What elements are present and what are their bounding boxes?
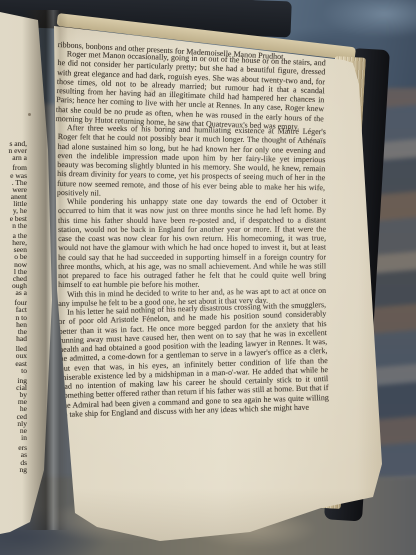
left-page-line: in: [0, 434, 27, 441]
paragraph: After three weeks of his boring and humi…: [57, 123, 326, 201]
left-page-line: arn a: [0, 154, 27, 161]
paragraph: Roger met Manon occasionally, going in o…: [55, 49, 325, 132]
paragraph: In his letter he said nothing of his nea…: [58, 300, 329, 419]
left-page-line: had: [0, 335, 27, 342]
right-page: THE MAN IN GREEN 169 ribbons, bonbons an…: [0, 0, 416, 555]
left-page-line: ng: [0, 466, 27, 473]
left-page-line: n the: [0, 222, 27, 229]
photo-open-book: s and,n everarn afrome was. Thewereanent…: [0, 0, 416, 555]
left-page-line: to: [0, 367, 27, 374]
page-body-text: ribbons, bonbons and other presents for …: [58, 40, 326, 419]
left-page-line: as a: [0, 289, 27, 296]
left-page-line-fragments: s and,n everarn afrome was. Thewereanent…: [0, 140, 27, 473]
paragraph: While pondering his unhappy state one da…: [58, 197, 326, 290]
